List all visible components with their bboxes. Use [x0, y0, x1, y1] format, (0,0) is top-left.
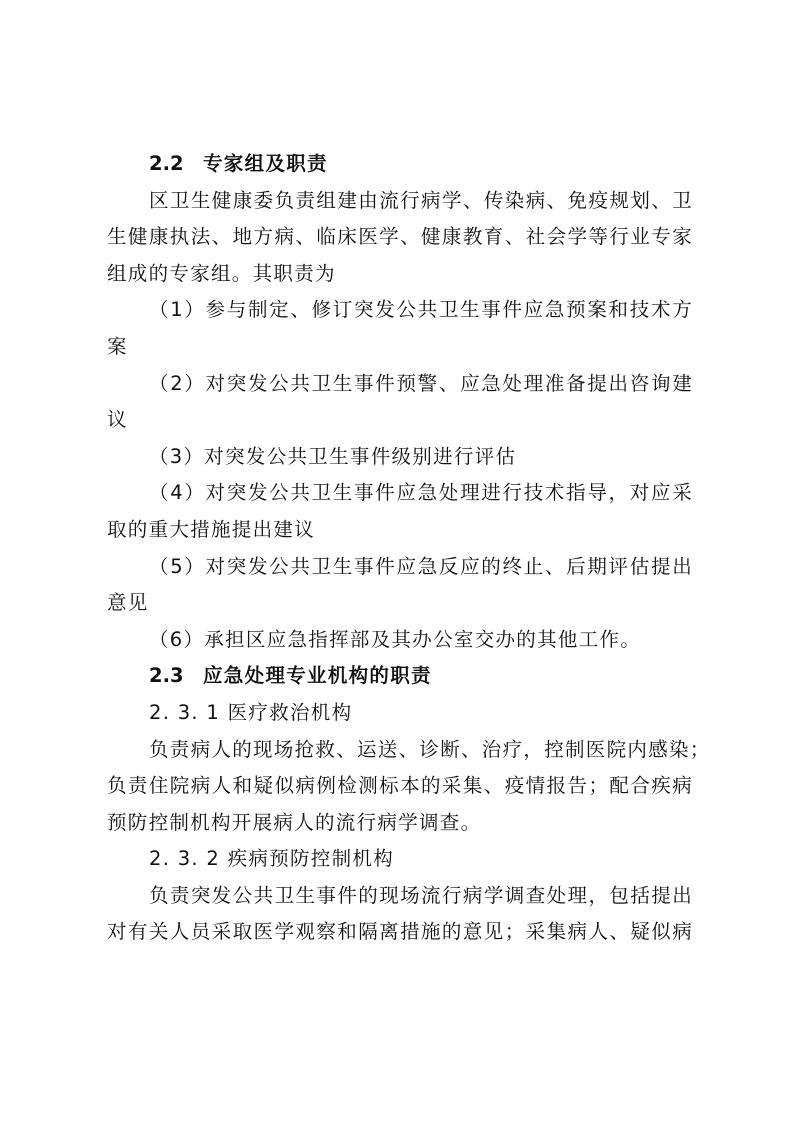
- list-item-2-cont: 议: [107, 402, 697, 439]
- list-item-4-cont: 取的重大措施提出建议: [107, 512, 697, 549]
- document-page: 2.2专家组及职责 区卫生健康委负责组建由流行病学、传染病、免疫规划、卫 生健康…: [107, 146, 697, 951]
- paragraph-line: 对有关人员采取医学观察和隔离措施的意见；采集病人、疑似病: [107, 914, 693, 951]
- subsection-title-2-3-2: 2. 3. 2 疾病预防控制机构: [107, 841, 697, 878]
- list-item-5: （5）对突发公共卫生事件应急反应的终止、后期评估提出: [107, 549, 693, 586]
- paragraph-line: 负责病人的现场抢救、运送、诊断、治疗，控制医院内感染；: [107, 732, 693, 769]
- list-item-6: （6）承担区应急指挥部及其办公室交办的其他工作。: [107, 622, 697, 659]
- paragraph-line: 负责突发公共卫生事件的现场流行病学调查处理，包括提出: [107, 878, 693, 915]
- section-number: 2.3: [149, 658, 203, 695]
- paragraph-line: 区卫生健康委负责组建由流行病学、传染病、免疫规划、卫: [107, 183, 693, 220]
- section-heading-2-3: 2.3应急处理专业机构的职责: [107, 658, 697, 695]
- paragraph-line: 生健康执法、地方病、临床医学、健康教育、社会学等行业专家: [107, 219, 693, 256]
- paragraph-line: 预防控制机构开展病人的流行病学调查。: [107, 805, 697, 842]
- list-item-5-cont: 意见: [107, 585, 697, 622]
- list-item-1-cont: 案: [107, 329, 697, 366]
- paragraph-line: 组成的专家组。其职责为: [107, 256, 697, 293]
- section-title: 应急处理专业机构的职责: [203, 664, 432, 687]
- section-title: 专家组及职责: [203, 152, 328, 175]
- section-number: 2.2: [149, 146, 203, 183]
- list-item-1: （1）参与制定、修订突发公共卫生事件应急预案和技术方: [107, 292, 693, 329]
- list-item-2: （2）对突发公共卫生事件预警、应急处理准备提出咨询建: [107, 366, 693, 403]
- list-item-4: （4）对突发公共卫生事件应急处理进行技术指导，对应采: [107, 475, 693, 512]
- paragraph-line: 负责住院病人和疑似病例检测标本的采集、疫情报告；配合疾病: [107, 768, 693, 805]
- section-heading-2-2: 2.2专家组及职责: [107, 146, 697, 183]
- subsection-title-2-3-1: 2. 3. 1 医疗救治机构: [107, 695, 697, 732]
- list-item-3: （3）对突发公共卫生事件级别进行评估: [107, 439, 697, 476]
